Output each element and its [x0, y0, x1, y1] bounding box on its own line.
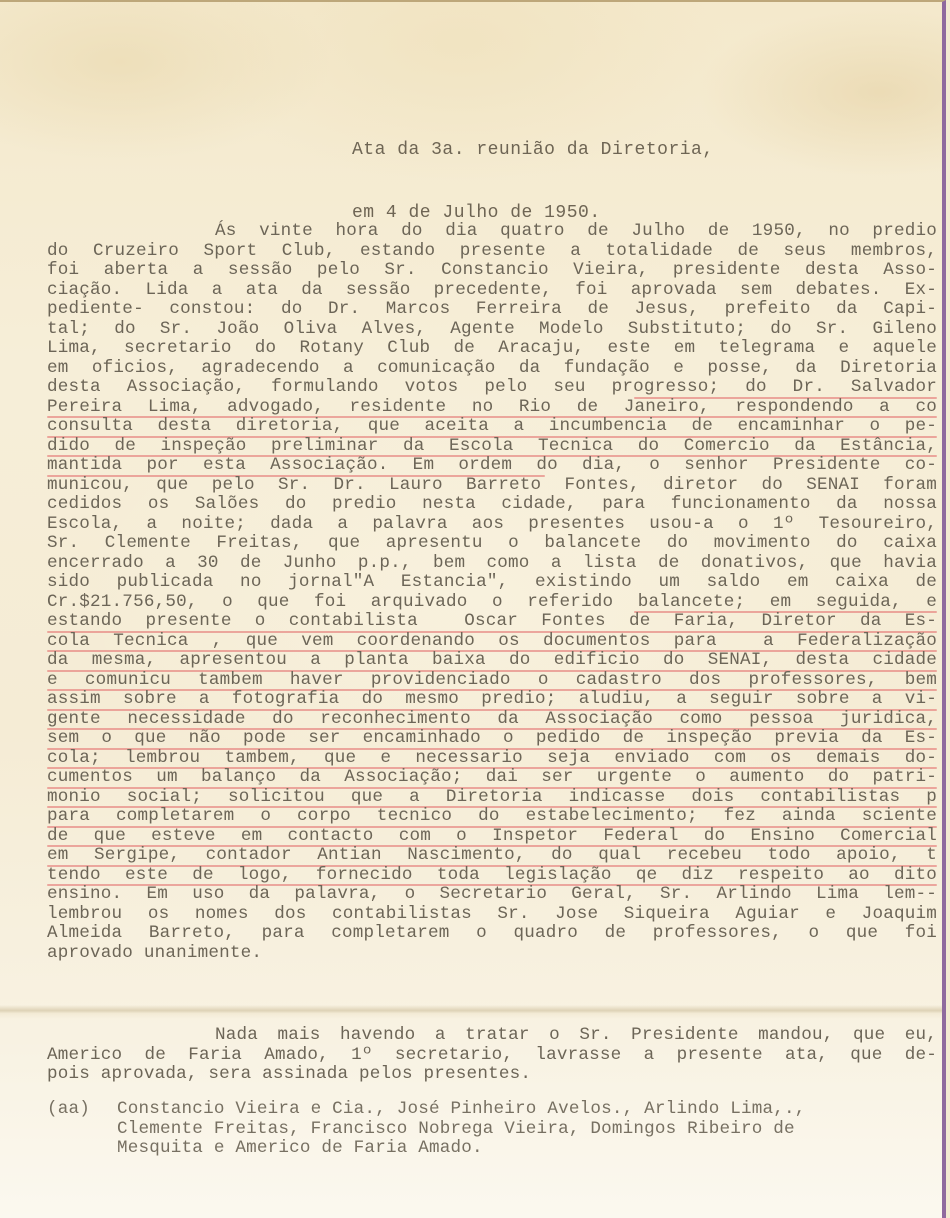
body-line: cedidos os Salões do predio nesta cidade… — [47, 495, 937, 515]
body-line-underlined: mantida por esta Associação. Em ordem do… — [47, 456, 937, 476]
closing-paragraph: Nada mais havendo a tratar o Sr. Preside… — [47, 1026, 937, 1085]
body-line-underlined: de que esteve em contacto com o Inspetor… — [47, 827, 937, 847]
body-line-underlined: cola; lembrou tambem, que e necessario s… — [47, 749, 937, 769]
body-line-underlined: sem o que não pode ser encaminhado o ped… — [47, 729, 937, 749]
body-line-underlined: cumentos um balanço da Associação; dai s… — [47, 768, 937, 788]
body-line-underlined: estando presente o contabilista Oscar Fo… — [47, 612, 937, 632]
body-line: Lima, secretario do Rotany Club de Araca… — [47, 339, 937, 359]
body-line-underlined: gente necessidade do reconhecimento da A… — [47, 710, 937, 730]
paper-fold — [0, 1005, 942, 1019]
body-line-underlined: e comunicu tambem haver providenciado o … — [47, 671, 937, 691]
title-line: Ata da 3a. reunião da Diretoria, — [352, 140, 714, 161]
body-line: pediente- constou: do Dr. Marcos Ferreir… — [47, 300, 937, 320]
body-line: Almeida Barreto, para completarem o quad… — [47, 924, 937, 944]
body-line-underlined: assim sobre a fotografia do mesmo predio… — [47, 690, 937, 710]
body-line-underlined: monio social; solicitou que a Diretoria … — [47, 788, 937, 808]
body-line: sido publicada no jornal"A Estancia", ex… — [47, 573, 937, 593]
body-line-underlined: Pereira Lima, advogado, residente no Rio… — [47, 398, 937, 418]
body-line: Ás vinte hora do dia quatro de Julho de … — [47, 222, 937, 242]
body-line-underlined: em Sergipe, contador Antian Nascimento, … — [47, 846, 937, 866]
signatories-names: Constancio Vieira e Cia., José Pinheiro … — [117, 1100, 947, 1159]
body-line: do Cruzeiro Sport Club, estando presente… — [47, 242, 937, 262]
body-line: em oficios, agradecendo a comunicação da… — [47, 359, 937, 379]
body-line-underlined: Cr.$21.756,50, o que foi arquivado o ref… — [47, 593, 937, 613]
body-line: lembrou os nomes dos contabilistas Sr. J… — [47, 905, 937, 925]
body-line-underlined: desta Associação, formulando votos pelo … — [47, 378, 937, 398]
closing-line: pois aprovada, sera assinada pelos prese… — [47, 1065, 937, 1085]
signatory-line: Constancio Vieira e Cia., José Pinheiro … — [117, 1100, 947, 1120]
body-line-underlined: da mesma, apresentou a planta baixa do e… — [47, 651, 937, 671]
signatories: (aa) Constancio Vieira e Cia., José Pinh… — [47, 1100, 947, 1159]
signatory-line: Mesquita e Americo de Faria Amado. — [117, 1139, 947, 1159]
minutes-body: Ás vinte hora do dia quatro de Julho de … — [47, 222, 937, 963]
body-line: aprovado unanimente. — [47, 944, 937, 964]
body-line: encerrado a 30 de Junho p.p., bem como a… — [47, 554, 937, 574]
document-page: Ata da 3a. reunião da Diretoria, em 4 de… — [0, 0, 946, 1218]
body-line: municou, que pelo Sr. Dr. Lauro Barreto … — [47, 476, 937, 496]
body-line: tal; do Sr. João Oliva Alves, Agente Mod… — [47, 320, 937, 340]
body-line: Escola, a noite; dada a palavra aos pres… — [47, 515, 937, 535]
body-line: Sr. Clemente Freitas, que apresentu o ba… — [47, 534, 937, 554]
body-line: ciação. Lida a ata da sessão precedente,… — [47, 281, 937, 301]
body-line-underlined: tendo este de logo, fornecido toda legis… — [47, 866, 937, 886]
closing-line: Americo de Faria Amado, 1º secretario, l… — [47, 1046, 937, 1066]
body-line-underlined: dido de inspeção preliminar da Escola Te… — [47, 437, 937, 457]
body-line: foi aberta a sessão pelo Sr. Constancio … — [47, 261, 937, 281]
signatories-label: (aa) — [47, 1100, 117, 1159]
signatory-line: Clemente Freitas, Francisco Nobrega Viei… — [117, 1120, 947, 1140]
body-line-underlined: para completarem o corpo tecnico do esta… — [47, 807, 937, 827]
closing-line: Nada mais havendo a tratar o Sr. Preside… — [47, 1026, 937, 1046]
body-line: ensino. Em uso da palavra, o Secretario … — [47, 885, 937, 905]
body-line-underlined: cola Tecnica , que vem coordenando os do… — [47, 632, 937, 652]
body-line-underlined: consulta desta diretoria, que aceita a i… — [47, 417, 937, 437]
